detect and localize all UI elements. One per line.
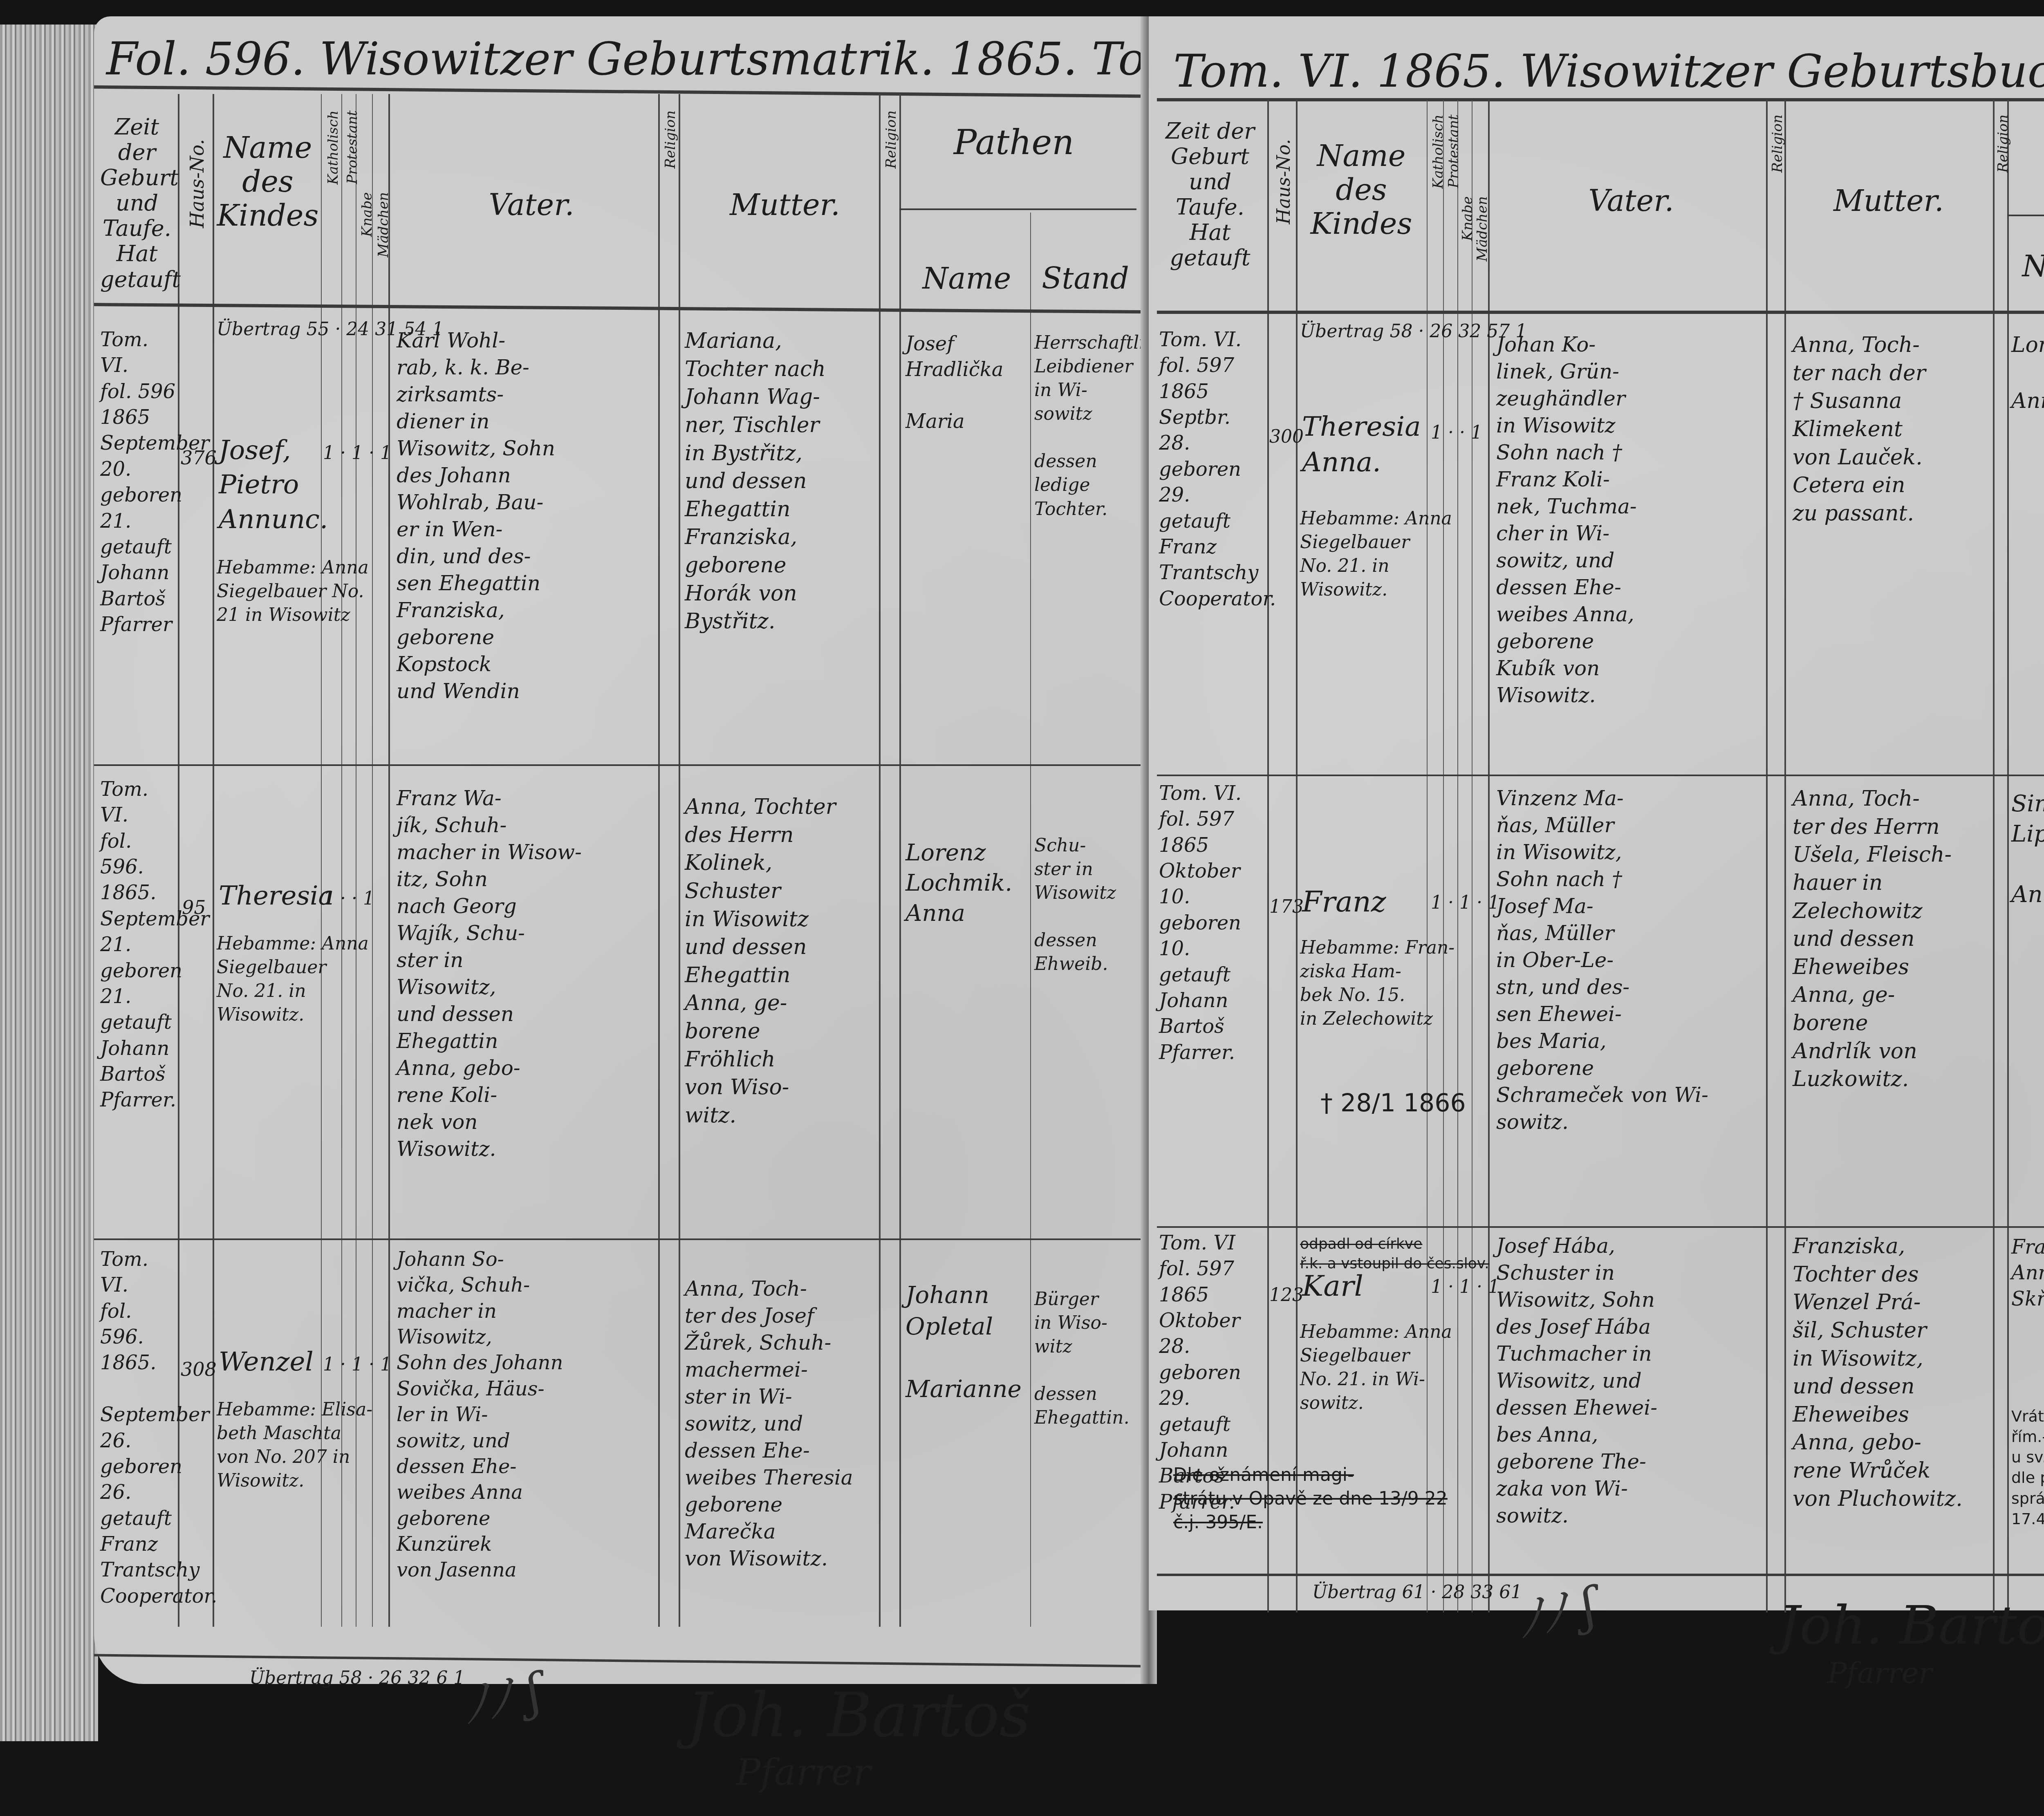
col-header-godparent-name: Name bbox=[2011, 249, 2044, 283]
col-header-godparents: Pathen bbox=[2015, 127, 2044, 166]
col-header-date: Zeit der Geburt und Taufe. Hat getauft bbox=[100, 114, 174, 292]
col-line bbox=[213, 94, 214, 1627]
left-page: Fol. 596. Wisowitzer Geburtsmatrik. 1865… bbox=[94, 16, 1149, 1684]
col-line bbox=[1784, 100, 1786, 1612]
entry-child-name: Karl bbox=[1302, 1267, 1425, 1305]
entry-godparent-status: Schu- ster in Wisowitz dessen Ehweib. bbox=[1034, 834, 1136, 976]
col-header-sex-female: Mädchen bbox=[375, 192, 392, 258]
entry-godparent-name: Frand. Anna Skřivlovsky bbox=[2011, 1234, 2044, 1312]
entry-midwife: Hebamme: Elisa- beth Maschta von No. 207… bbox=[217, 1398, 388, 1493]
col-header-child-name: Name des Kindes bbox=[217, 131, 319, 232]
col-line bbox=[679, 94, 680, 1627]
col-header-father: Vater. bbox=[450, 188, 613, 222]
col-header-godparent-status: Stand bbox=[1034, 262, 1136, 296]
col-header-mother: Mutter. bbox=[1811, 184, 1966, 218]
entry-mother: Anna, Toch- ter des Josef Žůrek, Schuh- … bbox=[685, 1275, 877, 1572]
col-header-godparent-religion: Religion bbox=[883, 110, 899, 168]
entry-midwife: Hebamme: Anna Siegelbauer No. 21. in Wis… bbox=[217, 932, 388, 1027]
entry-death-note: † 28/1 1866 bbox=[1320, 1087, 1466, 1120]
col-header-date: Zeit der Geburt und Taufe. Hat getauft bbox=[1157, 119, 1263, 271]
entry-midwife: Hebamme: Fran- ziska Ham- bek No. 15. in… bbox=[1300, 936, 1488, 1031]
page-edges-left bbox=[0, 25, 98, 1741]
entry-child-name: Theresia Anna. bbox=[1302, 409, 1425, 480]
entry-godparent-name: Lorenz Anna bbox=[2011, 331, 2044, 415]
col-header-house-no: Haus-No. bbox=[1273, 139, 1294, 224]
entry-divider bbox=[94, 764, 1141, 766]
col-header-religion-catholic: Katholisch bbox=[1430, 114, 1446, 189]
signature: Joh. Bartoš Pfarrer bbox=[687, 1680, 1031, 1794]
col-header-sex-male: Knabe bbox=[1459, 196, 1476, 241]
entry-divider bbox=[1157, 1226, 2044, 1228]
entry-house-no: 173 bbox=[1269, 895, 1304, 919]
col-line bbox=[879, 94, 881, 1627]
col-line bbox=[178, 94, 179, 1627]
entry-house-no: 300 bbox=[1269, 425, 1304, 449]
entry-child-name: Theresia bbox=[219, 879, 321, 913]
entry-midwife: Hebamme: Anna Siegelbauer No. 21 in Wiso… bbox=[217, 556, 388, 627]
entry-child-marks: 1 · 1 · 1 bbox=[1431, 1275, 1499, 1299]
col-line bbox=[1267, 100, 1269, 1612]
entry-godparent-name: Johann Opletal Marianne bbox=[905, 1279, 1028, 1404]
col-line bbox=[2007, 100, 2009, 1612]
col-header-father: Vater. bbox=[1549, 184, 1713, 218]
header-bottom-rule bbox=[1157, 311, 2044, 314]
col-header-godparent-name: Name bbox=[908, 262, 1026, 296]
entry-child-marks: 1 · · 1 bbox=[1431, 421, 1482, 445]
col-header-godparents: Pathen bbox=[912, 123, 1116, 162]
col-line bbox=[1030, 213, 1031, 1627]
entry-house-no: 95 bbox=[182, 895, 206, 920]
col-header-house-no: Haus-No. bbox=[186, 139, 208, 228]
signature-title: Pfarrer bbox=[1827, 1656, 2044, 1690]
entry-mother: Franziska, Tochter des Wenzel Prá- šil, … bbox=[1793, 1232, 1993, 1513]
signature-name: Joh. Bartoš bbox=[687, 1680, 1031, 1751]
entry-child-marks: 1 · 1 · 1 bbox=[1431, 891, 1499, 915]
entry-child-marks: 1 · 1 · 1 bbox=[323, 1353, 392, 1377]
book-spread: Fol. 596. Wisowitzer Geburtsmatrik. 1865… bbox=[0, 0, 2044, 1816]
entry-mother: Anna, Tochter des Herrn Kolinek, Schuste… bbox=[685, 793, 877, 1130]
entry-house-no: 308 bbox=[181, 1357, 217, 1382]
col-line bbox=[1296, 100, 1298, 1612]
entry-mother: Anna, Toch- ter nach der † Susanna Klime… bbox=[1793, 331, 1993, 527]
signature: Joh. Bartoš Pfarrer bbox=[1778, 1594, 2044, 1690]
entry-house-no: 123 bbox=[1269, 1283, 1304, 1307]
col-header-mother: Mutter. bbox=[707, 188, 863, 222]
entry-father: Franz Wa- jík, Schuh- macher in Wisow- i… bbox=[397, 785, 658, 1162]
header-rule bbox=[1157, 98, 2044, 101]
col-line bbox=[1766, 100, 1768, 1612]
entry-child-marks: 1 · 1 · 1 bbox=[323, 441, 392, 465]
entry-midwife: Hebamme: Anna Siegelbauer No. 21. in Wi-… bbox=[1300, 1320, 1488, 1415]
entry-child-marks: 1 · · 1 bbox=[323, 887, 374, 911]
entry-godparent-status: Bürger in Wiso- witz dessen Ehegattin. bbox=[1034, 1288, 1136, 1430]
col-header-child-name: Name des Kindes bbox=[1300, 139, 1423, 240]
col-line bbox=[1993, 100, 1995, 1612]
entry-date: Tom. VI. fol. 596 1865 September 20. geb… bbox=[100, 327, 178, 638]
entry-child-name: Josef, Pietro Annunc. bbox=[219, 433, 321, 537]
entry-date: Tom. VI. fol. 596. 1865. September 26. g… bbox=[100, 1247, 178, 1609]
col-header-sex-male: Knabe bbox=[359, 192, 375, 237]
signature-title: Pfarrer bbox=[736, 1751, 1031, 1794]
col-header-religion-protestant: Protestant bbox=[344, 110, 361, 184]
entry-father: Josef Hába, Schuster in Wisowitz, Sohn d… bbox=[1496, 1232, 1766, 1529]
carry-over-top: Übertrag 58 · 26 32 57 1 bbox=[1300, 321, 1527, 342]
entry-child-name: Franz bbox=[1302, 883, 1425, 920]
col-header-mother-religion: Religion bbox=[1769, 114, 1786, 172]
entry-midwife: Hebamme: Anna Siegelbauer No. 21. in Wis… bbox=[1300, 507, 1488, 602]
entry-father: Johan Ko- linek, Grün- zeughändler in Wi… bbox=[1496, 331, 1766, 709]
strike-scribble: ﾉﾉ ʃ bbox=[455, 1652, 546, 1737]
right-page: Tom. VI. 1865. Wisowitzer Geburtsbuch. F… bbox=[1149, 16, 2044, 1610]
entry-mother: Mariana, Tochter nach Johann Wag- ner, T… bbox=[685, 327, 877, 636]
carry-over-bottom: Übertrag 58 · 26 32 6 1 bbox=[249, 1668, 465, 1688]
col-line bbox=[658, 94, 660, 1627]
header-bottom-rule bbox=[94, 303, 1141, 313]
left-page-header: Fol. 596. Wisowitzer Geburtsmatrik. 1865… bbox=[106, 33, 1281, 85]
signature-name: Joh. Bartoš bbox=[1778, 1594, 2044, 1656]
entry-father: Vinzenz Ma- ňas, Müller in Wisowitz, Soh… bbox=[1496, 785, 1766, 1135]
entry-mother: Anna, Toch- ter des Herrn Ušela, Fleisch… bbox=[1793, 785, 1993, 1093]
entry-divider bbox=[1157, 775, 2044, 776]
col-line bbox=[899, 94, 901, 1627]
entry-father: Karl Wohl- rab, k. k. Be- zirksamts- die… bbox=[397, 327, 658, 705]
entry-date: Tom. VI. fol. 597 1865 Septbr. 28. gebor… bbox=[1159, 327, 1265, 612]
entry-house-no: 376 bbox=[181, 446, 217, 470]
carry-over-bottom: Übertrag 61 · 28 33 61 bbox=[1312, 1582, 1522, 1603]
col-header-mother-religion: Religion bbox=[662, 110, 679, 168]
strike-scribble: ﾉﾉ ʃ bbox=[1510, 1566, 1601, 1651]
entry-godparent-name: Josef Hradlička Maria bbox=[905, 331, 1028, 434]
entry-child-name: Wenzel bbox=[219, 1345, 321, 1379]
entry-annotation-magistrate: Dle oznámení magi- strátu v Opavě ze dne… bbox=[1173, 1463, 1500, 1534]
entry-godparent-name: Simon Lippetka Anna bbox=[2011, 789, 2044, 910]
entry-divider bbox=[94, 1238, 1141, 1240]
page-bottom-rule bbox=[94, 1654, 1141, 1668]
col-header-religion-protestant: Protestant bbox=[1446, 114, 1462, 188]
entry-godparent-name: Lorenz Lochmik. Anna bbox=[905, 838, 1028, 929]
col-header-religion-catholic: Katholisch bbox=[325, 110, 341, 185]
col-header-godparent-religion: Religion bbox=[1995, 114, 2011, 172]
header-rule bbox=[94, 85, 1141, 98]
entry-godparent-status: Herrschaftlicher Leibdiener in Wi- sowit… bbox=[1034, 331, 1136, 521]
entry-date: Tom. VI. fol. 597 1865 Oktober 10. gebor… bbox=[1159, 781, 1265, 1066]
godparents-subrule bbox=[899, 208, 1136, 210]
col-header-sex-female: Mädchen bbox=[1474, 196, 1490, 262]
entry-date: Tom. VI. fol. 596. 1865. September 21. g… bbox=[100, 777, 178, 1113]
page-bottom-rule bbox=[1157, 1574, 2044, 1576]
right-page-header: Tom. VI. 1865. Wisowitzer Geburtsbuch. F… bbox=[1173, 45, 2044, 97]
entry-return-note: Vrátil se do církve řím.-katol. 7.4.1926… bbox=[2011, 1406, 2044, 1529]
godparents-subrule bbox=[2007, 215, 2044, 216]
entry-father: Johann So- vička, Schuh- macher in Wisow… bbox=[397, 1247, 658, 1583]
